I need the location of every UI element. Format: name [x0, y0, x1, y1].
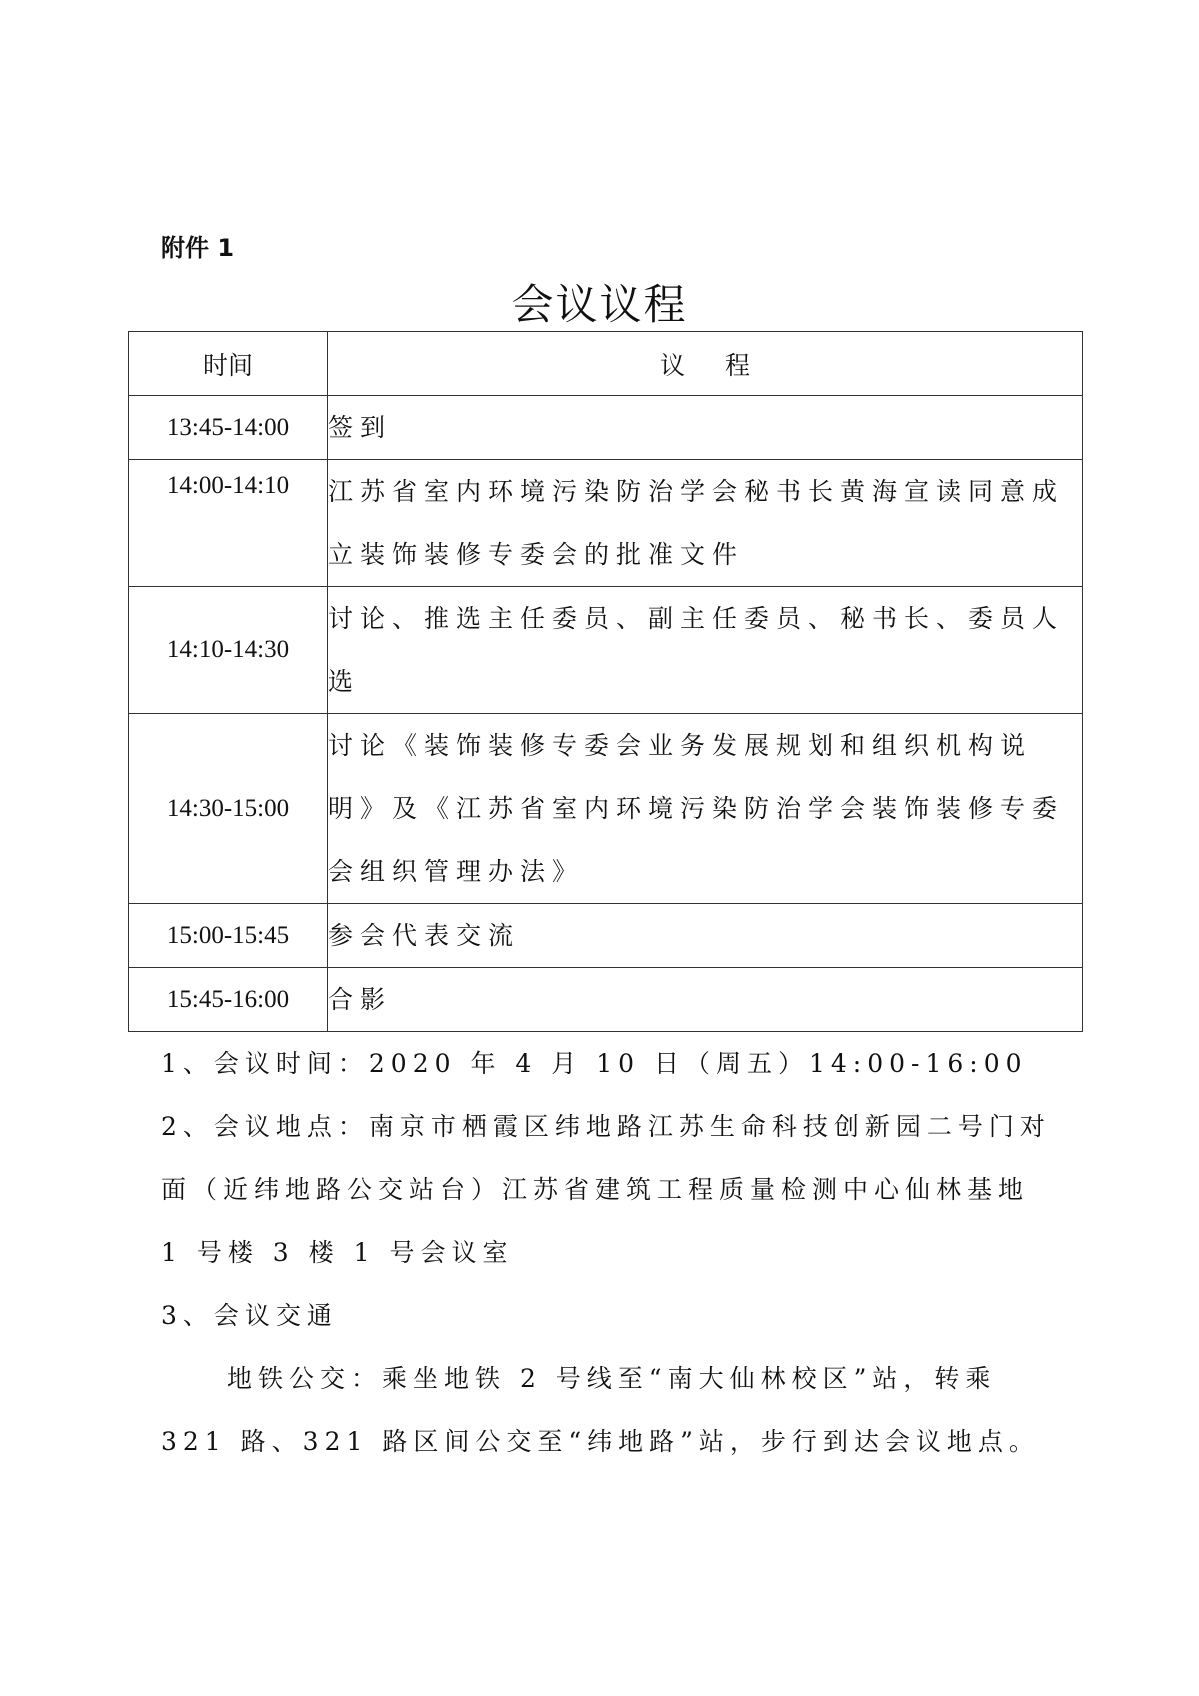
row-time: 14:10-14:30 [129, 587, 328, 714]
table-header-row: 时间 议程 [129, 332, 1083, 396]
note-transport-detail: 地铁公交：乘坐地铁 2 号线至“南大仙林校区”站，转乘 321 路、321 路区… [161, 1347, 1061, 1473]
attachment-label: 附件 1 [161, 228, 234, 263]
note-transport-heading: 3、会议交通 [161, 1284, 1061, 1347]
row-item: 参会代表交流 [328, 904, 1083, 968]
row-item: 讨论《装饰装修专委会业务发展规划和组织机构说明》及《江苏省室内环境污染防治学会装… [328, 714, 1083, 904]
row-item: 合影 [328, 968, 1083, 1032]
row-time: 15:45-16:00 [129, 968, 328, 1032]
table-row: 14:30-15:00 讨论《装饰装修专委会业务发展规划和组织机构说明》及《江苏… [129, 714, 1083, 904]
header-agenda-char-2: 程 [725, 351, 750, 380]
row-item: 签到 [328, 396, 1083, 460]
table-row: 14:00-14:10 江苏省室内环境污染防治学会秘书长黄海宣读同意成立装饰装修… [129, 460, 1083, 587]
row-time: 14:00-14:10 [129, 460, 328, 587]
note-meeting-time: 1、会议时间：2020 年 4 月 10 日（周五）14:00-16:00 [161, 1032, 1061, 1095]
header-agenda-char-1: 议 [660, 351, 685, 380]
note-meeting-location: 2、会议地点：南京市栖霞区纬地路江苏生命科技创新园二号门对面（近纬地路公交站台）… [161, 1095, 1061, 1284]
row-item: 江苏省室内环境污染防治学会秘书长黄海宣读同意成立装饰装修专委会的批准文件 [328, 460, 1083, 587]
row-item: 讨论、推选主任委员、副主任委员、秘书长、委员人选 [328, 587, 1083, 714]
table-row: 13:45-14:00 签到 [129, 396, 1083, 460]
row-time: 15:00-15:45 [129, 904, 328, 968]
table-row: 15:45-16:00 合影 [129, 968, 1083, 1032]
header-time: 时间 [129, 332, 328, 396]
row-time: 13:45-14:00 [129, 396, 328, 460]
page-title: 会议议程 [0, 272, 1199, 332]
agenda-table: 时间 议程 13:45-14:00 签到 14:00-14:10 江苏省室内环境… [128, 331, 1083, 1032]
row-time: 14:30-15:00 [129, 714, 328, 904]
meeting-notes: 1、会议时间：2020 年 4 月 10 日（周五）14:00-16:00 2、… [161, 1032, 1061, 1473]
table-row: 14:10-14:30 讨论、推选主任委员、副主任委员、秘书长、委员人选 [129, 587, 1083, 714]
header-agenda: 议程 [328, 332, 1083, 396]
table-row: 15:00-15:45 参会代表交流 [129, 904, 1083, 968]
